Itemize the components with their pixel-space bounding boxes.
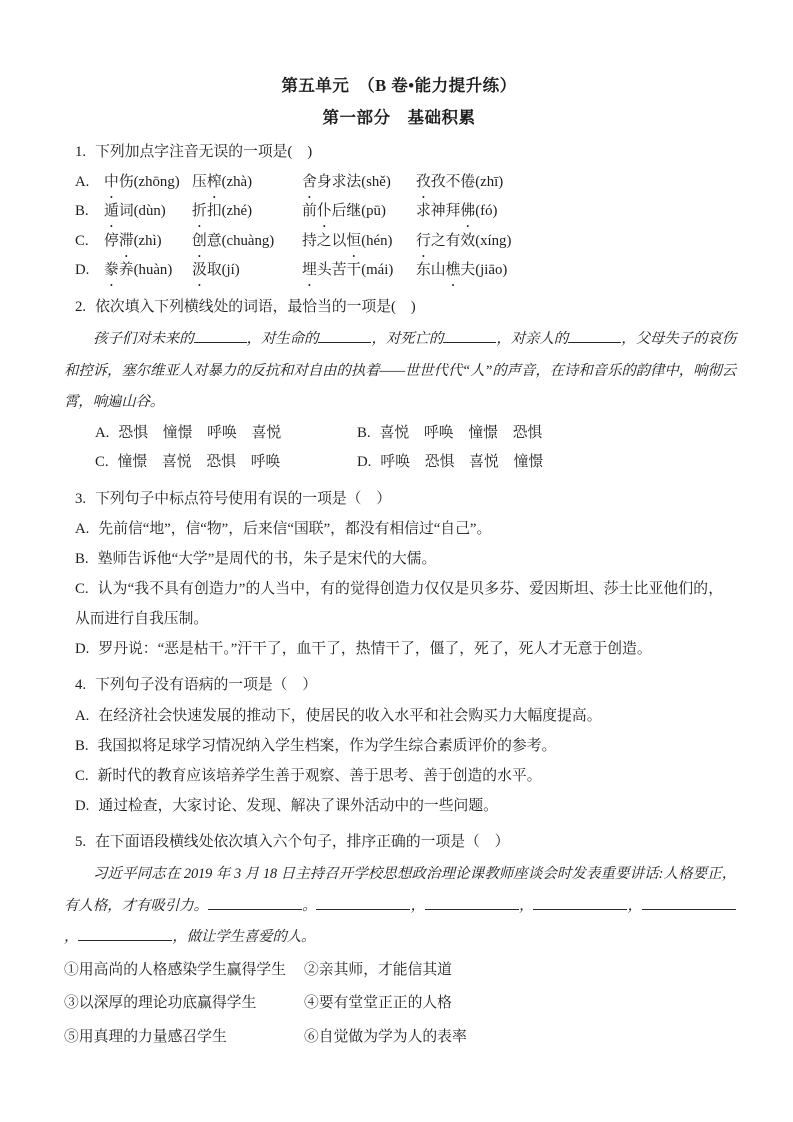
- q5-item: ⑥自觉做为学为人的表率: [304, 1021, 723, 1055]
- document-page: 第五单元 （B 卷•能力提升练） 第一部分 基础积累 1.下列加点字注音无误的一…: [0, 0, 793, 1122]
- passage-text: ，对亲人的: [496, 331, 568, 347]
- pinyin-word: 埋头苦干(mái): [302, 256, 416, 286]
- word-pre: 前: [302, 203, 317, 219]
- word-post: 后继: [332, 203, 362, 219]
- q2-stem-text: 依次填入下列横线处的词语，最恰当的一项是( ): [95, 299, 416, 315]
- blank-line: [318, 328, 371, 343]
- blank-line: [208, 895, 302, 910]
- q2-number: 2.: [75, 299, 86, 315]
- word-post: 伤: [119, 174, 134, 190]
- q3-options: A.先前信“地”，信“物”，后来信“国联”，都没有相信过“自己”。B.塾师告诉他…: [75, 514, 723, 664]
- dotted-char: 遁: [104, 197, 119, 227]
- passage-text: ，: [627, 898, 642, 914]
- word-post: 取: [207, 262, 222, 278]
- pinyin-annotation: (fó): [475, 203, 497, 219]
- q2-option: C.憧憬 喜悦 恐惧 呼唤: [95, 448, 357, 478]
- option-text: 呼唤 恐惧 喜悦 憧憬: [380, 454, 543, 470]
- q5-number: 5.: [75, 834, 86, 850]
- q5-item: ②亲其师，才能信其道: [304, 954, 723, 988]
- option-text: 憧憬 喜悦 恐惧 呼唤: [118, 454, 281, 470]
- q5-stem-text: 在下面语段横线处依次填入六个句子，排序正确的一项是（ ）: [95, 834, 509, 850]
- option-label: A.: [95, 425, 109, 441]
- dotted-char: 豢: [104, 256, 119, 286]
- pinyin-word: 舍身求法(shě): [302, 168, 416, 198]
- passage-text: 。: [302, 898, 317, 914]
- pinyin-annotation: (pū): [361, 203, 386, 219]
- word-pre: 压: [192, 174, 207, 190]
- q2-option-row: C.憧憬 喜悦 恐惧 呼唤D.呼唤 恐惧 喜悦 憧憬: [95, 448, 723, 478]
- pinyin-word: 中伤(zhōng): [104, 168, 192, 198]
- pinyin-annotation: (zhé): [222, 203, 252, 219]
- q5-stem: 5.在下面语段横线处依次填入六个句子，排序正确的一项是（ ）: [75, 828, 723, 858]
- option-row: C.认为“我不具有创造力”的人当中，有的觉得创造力仅仅是贝多芬、爱因斯坦、莎士比…: [75, 574, 723, 634]
- option-text: 塾师告诉他“大学”是周代的书，朱子是宋代的大儒。: [98, 551, 437, 567]
- pinyin-annotation: (jí): [222, 262, 240, 278]
- option-label: D.: [357, 454, 371, 470]
- option-row: D.通过检查，大家讨论、发现、解决了课外活动中的一些问题。: [75, 791, 723, 821]
- pinyin-word: 东山樵夫(jiāo): [416, 256, 723, 286]
- word-pre: 东山: [416, 262, 446, 278]
- q3-stem: 3.下列句子中标点符号使用有误的一项是（ ）: [75, 485, 723, 515]
- pinyin-annotation: (huàn): [134, 262, 173, 278]
- q2-option: B.喜悦 呼唤 憧憬 恐惧: [357, 419, 723, 449]
- passage-text: ，对死亡的: [371, 331, 443, 347]
- option-label: A.: [75, 168, 95, 198]
- q1-option-row: B.遁词(dùn)折扣(zhé)前仆后继(pū)求神拜佛(fó): [75, 197, 723, 227]
- blank-line: [194, 328, 247, 343]
- option-text: 先前信“地”，信“物”，后来信“国联”，都没有相信过“自己”。: [98, 521, 491, 537]
- pinyin-word: 行之有效(xíng): [416, 227, 723, 257]
- q5-item-row: ⑤用真理的力量感召学生⑥自觉做为学为人的表率: [64, 1021, 723, 1055]
- word-pre: 持之以: [302, 233, 346, 249]
- blank-line: [78, 926, 172, 941]
- dotted-char: 恒: [346, 227, 361, 257]
- option-row: D.罗丹说：“恶是枯干。”汗干了，血干了，热情干了，僵了，死了，死人才无意于创造…: [75, 634, 723, 664]
- pinyin-word: 前仆后继(pū): [302, 197, 416, 227]
- q4-stem-text: 下列句子没有语病的一项是（ ）: [95, 677, 317, 693]
- option-label: B.: [75, 197, 95, 227]
- passage-text: ，: [64, 929, 78, 945]
- unit-title: 第五单元 （B 卷•能力提升练）: [75, 72, 723, 99]
- option-label: B.: [357, 425, 371, 441]
- blank-line: [568, 328, 621, 343]
- pinyin-annotation: (hén): [361, 233, 392, 249]
- pinyin-word: 豢养(huàn): [104, 256, 192, 286]
- pinyin-word: 压榨(zhà): [192, 168, 302, 198]
- q5-item-row: ③以深厚的理论功底赢得学生④要有堂堂正正的人格: [64, 987, 723, 1021]
- option-text: 喜悦 呼唤 憧憬 恐惧: [380, 425, 543, 441]
- dotted-char: 折: [192, 197, 207, 227]
- dotted-char: 榨: [207, 168, 222, 198]
- pinyin-word: 求神拜佛(fó): [416, 197, 723, 227]
- q1-options: A.中伤(zhōng)压榨(zhà)舍身求法(shě)孜孜不倦(zhī)B.遁词…: [75, 168, 723, 286]
- pinyin-annotation: (zhōng): [134, 174, 180, 190]
- q1-number: 1.: [75, 144, 86, 160]
- word-post: 头苦干: [317, 262, 361, 278]
- option-text: 通过检查，大家讨论、发现、解决了课外活动中的一些问题。: [98, 798, 498, 814]
- blank-line: [425, 895, 519, 910]
- dotted-char: 中: [104, 168, 119, 198]
- q4-number: 4.: [75, 677, 86, 693]
- blank-line: [316, 895, 410, 910]
- pinyin-annotation: (chuàng): [222, 233, 275, 249]
- option-label: C.: [75, 227, 95, 257]
- q2-stem: 2.依次填入下列横线处的词语，最恰当的一项是( ): [75, 293, 723, 323]
- dotted-char: 孜: [416, 168, 431, 198]
- word-pre: 停: [104, 233, 119, 249]
- passage-text: ，对生命的: [247, 331, 319, 347]
- option-row: C.新时代的教育应该培养学生善于观察、善于思考、善于创造的水平。: [75, 761, 723, 791]
- pinyin-word: 停滞(zhì): [104, 227, 192, 257]
- q3-number: 3.: [75, 491, 86, 507]
- word-post: 扣: [207, 203, 222, 219]
- q5-passage: 习近平同志在 2019 年 3 月 18 日主持召开学校思想政治理论课教师座谈会…: [64, 859, 736, 954]
- option-text: 在经济社会快速发展的推动下，使居民的收入水平和社会购买力大幅度提高。: [98, 708, 601, 724]
- q5-items: ①用高尚的人格感染学生赢得学生②亲其师，才能信其道③以深厚的理论功底赢得学生④要…: [75, 954, 723, 1055]
- option-label: A.: [75, 708, 89, 724]
- dotted-char: 滞: [119, 227, 134, 257]
- dotted-char: 佛: [460, 197, 475, 227]
- q5-item: ①用高尚的人格感染学生赢得学生: [64, 954, 304, 988]
- q1-option-row: C.停滞(zhì)创意(chuàng)持之以恒(hén)行之有效(xíng): [75, 227, 723, 257]
- q5-item-row: ①用高尚的人格感染学生赢得学生②亲其师，才能信其道: [64, 954, 723, 988]
- dotted-char: 舍: [302, 168, 317, 198]
- passage-text: ，: [410, 898, 425, 914]
- dotted-char: 行: [416, 227, 431, 257]
- pinyin-annotation: (dùn): [134, 203, 166, 219]
- q5-item: ③以深厚的理论功底赢得学生: [64, 987, 304, 1021]
- option-label: D.: [75, 641, 89, 657]
- q1-option-row: D.豢养(huàn)汲取(jí)埋头苦干(mái)东山樵夫(jiāo): [75, 256, 723, 286]
- dotted-char: 埋: [302, 256, 317, 286]
- option-row: A.在经济社会快速发展的推动下，使居民的收入水平和社会购买力大幅度提高。: [75, 701, 723, 731]
- blank-line: [533, 895, 627, 910]
- q2-options: A.恐惧 憧憬 呼唤 喜悦B.喜悦 呼唤 憧憬 恐惧C.憧憬 喜悦 恐惧 呼唤D…: [75, 419, 723, 478]
- pinyin-annotation: (xíng): [475, 233, 511, 249]
- option-row: A.先前信“地”，信“物”，后来信“国联”，都没有相信过“自己”。: [75, 514, 723, 544]
- pinyin-annotation: (zhì): [134, 233, 162, 249]
- pinyin-annotation: (mái): [361, 262, 393, 278]
- q2-option: D.呼唤 恐惧 喜悦 憧憬: [357, 448, 723, 478]
- q1-option-row: A.中伤(zhōng)压榨(zhà)舍身求法(shě)孜孜不倦(zhī): [75, 168, 723, 198]
- blank-line: [642, 895, 736, 910]
- word-post: 身求法: [317, 174, 361, 190]
- word-post: 意: [207, 233, 222, 249]
- word-post: 孜不倦: [431, 174, 475, 190]
- option-text: 认为“我不具有创造力”的人当中，有的觉得创造力仅仅是贝多芬、爱因斯坦、莎士比亚他…: [75, 581, 723, 627]
- dotted-char: 仆: [317, 197, 332, 227]
- q2-option-row: A.恐惧 憧憬 呼唤 喜悦B.喜悦 呼唤 憧憬 恐惧: [95, 419, 723, 449]
- option-row: B.我国拟将足球学习情况纳入学生档案，作为学生综合素质评价的参考。: [75, 731, 723, 761]
- option-text: 新时代的教育应该培养学生善于观察、善于思考、善于创造的水平。: [98, 768, 542, 784]
- pinyin-word: 持之以恒(hén): [302, 227, 416, 257]
- passage-text: ，: [519, 898, 534, 914]
- dotted-char: 汲: [192, 256, 207, 286]
- pinyin-annotation: (shě): [361, 174, 391, 190]
- q2-passage: 孩子们对未来的，对生命的，对死亡的，对亲人的，父母失子的哀伤和控诉，塞尔维亚人对…: [64, 324, 736, 419]
- option-text: 恐惧 憧憬 呼唤 喜悦: [118, 425, 281, 441]
- blank-line: [443, 328, 496, 343]
- pinyin-annotation: (zhà): [222, 174, 252, 190]
- pinyin-word: 汲取(jí): [192, 256, 302, 286]
- q1-stem-text: 下列加点字注音无误的一项是( ): [95, 144, 312, 160]
- dotted-char: 樵: [446, 256, 461, 286]
- option-text: 我国拟将足球学习情况纳入学生档案，作为学生综合素质评价的参考。: [98, 738, 557, 754]
- option-text: 罗丹说：“恶是枯干。”汗干了，血干了，热情干了，僵了，死了，死人才无意于创造。: [98, 641, 651, 657]
- pinyin-word: 创意(chuàng): [192, 227, 302, 257]
- word-pre: 求神拜: [416, 203, 460, 219]
- word-post: 之有效: [431, 233, 475, 249]
- word-post: 夫: [460, 262, 475, 278]
- option-row: B.塾师告诉他“大学”是周代的书，朱子是宋代的大儒。: [75, 544, 723, 574]
- pinyin-word: 折扣(zhé): [192, 197, 302, 227]
- option-label: D.: [75, 256, 95, 286]
- pinyin-annotation: (jiāo): [475, 262, 507, 278]
- pinyin-word: 遁词(dùn): [104, 197, 192, 227]
- section-title: 第一部分 基础积累: [75, 104, 723, 131]
- word-post: 养: [119, 262, 134, 278]
- option-label: A.: [75, 521, 89, 537]
- q3-stem-text: 下列句子中标点符号使用有误的一项是（ ）: [95, 491, 391, 507]
- q1-stem: 1.下列加点字注音无误的一项是( ): [75, 138, 723, 168]
- q5-item: ④要有堂堂正正的人格: [304, 987, 723, 1021]
- option-label: D.: [75, 798, 89, 814]
- q5-item: ⑤用真理的力量感召学生: [64, 1021, 304, 1055]
- word-post: 词: [119, 203, 134, 219]
- q4-options: A.在经济社会快速发展的推动下，使居民的收入水平和社会购买力大幅度提高。B.我国…: [75, 701, 723, 821]
- option-label: C.: [95, 454, 109, 470]
- q2-option: A.恐惧 憧憬 呼唤 喜悦: [95, 419, 357, 449]
- passage-text: 孩子们对未来的: [93, 331, 194, 347]
- pinyin-annotation: (zhī): [475, 174, 503, 190]
- q4-stem: 4.下列句子没有语病的一项是（ ）: [75, 671, 723, 701]
- passage-text: ，做让学生喜爱的人。: [172, 929, 315, 945]
- pinyin-word: 孜孜不倦(zhī): [416, 168, 723, 198]
- option-label: C.: [75, 768, 89, 784]
- option-label: C.: [75, 581, 89, 597]
- dotted-char: 创: [192, 227, 207, 257]
- option-label: B.: [75, 738, 89, 754]
- option-label: B.: [75, 551, 89, 567]
